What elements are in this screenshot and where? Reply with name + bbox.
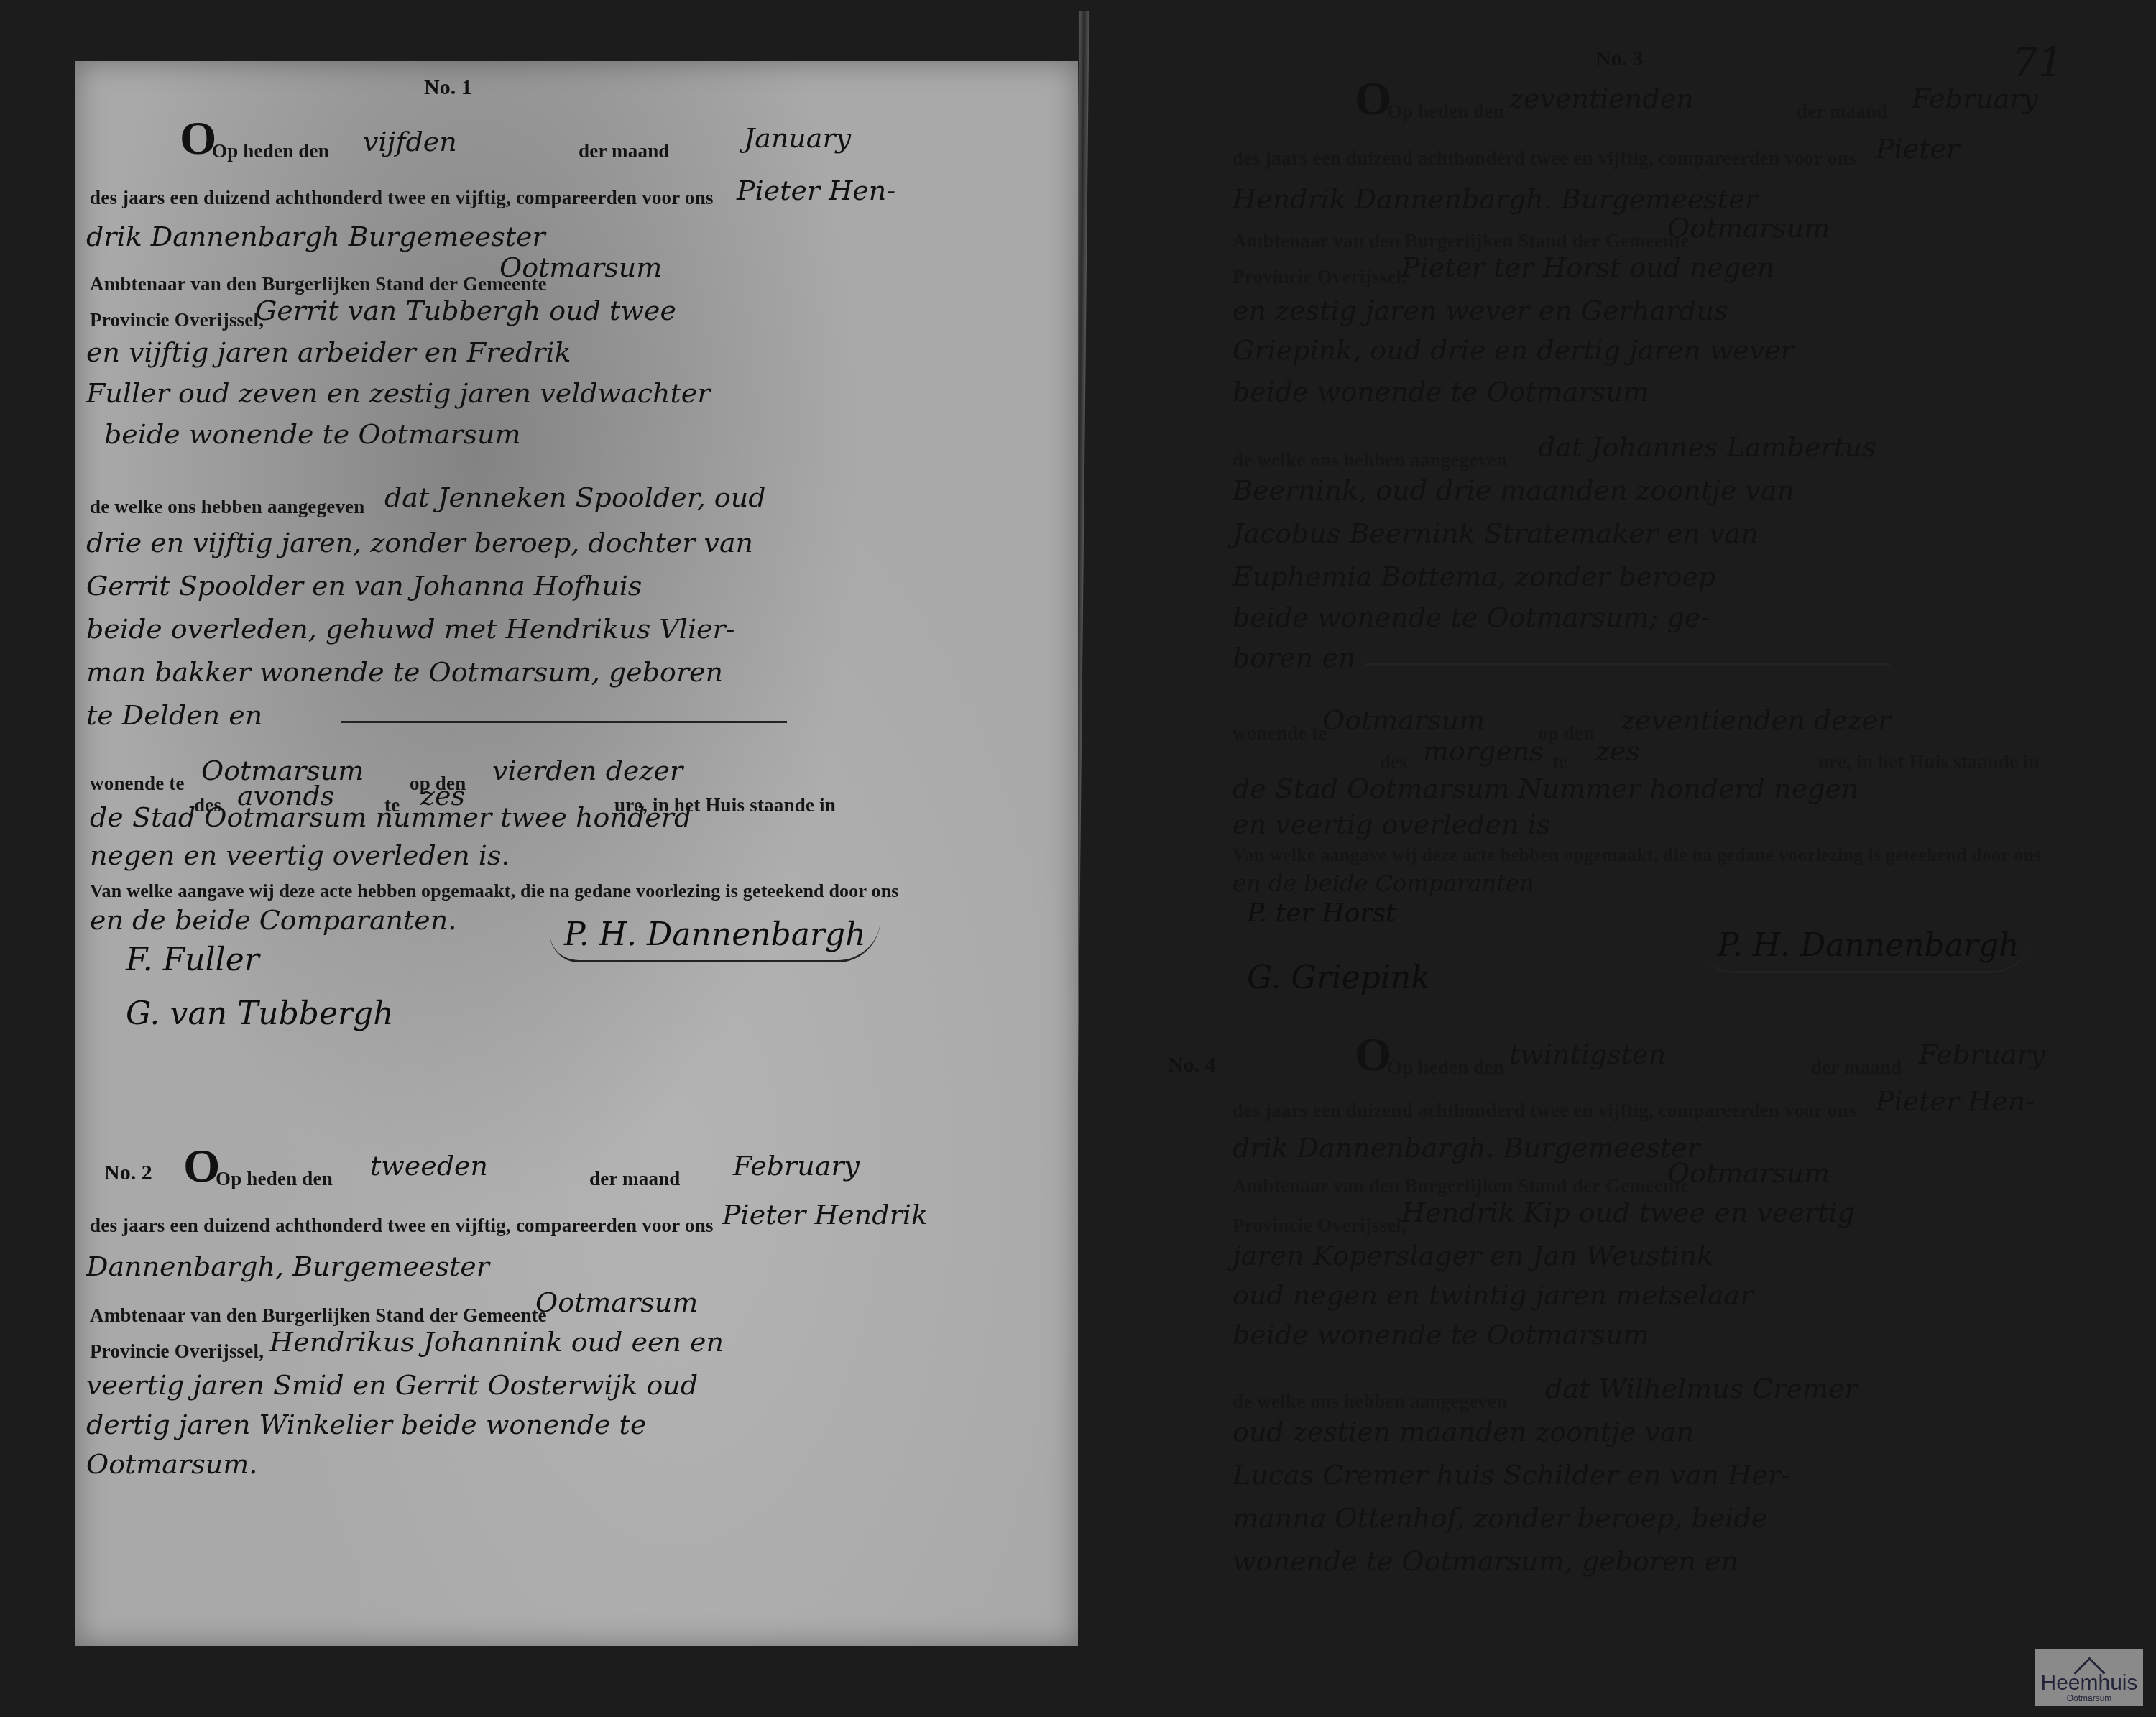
declaration-line: beide overleden, gehuwd met Hendrikus Vl…	[86, 613, 735, 645]
record-number: No. 1	[424, 75, 472, 100]
printed-te: te	[1552, 751, 1567, 773]
printed-des-jaars: des jaars een duizend achthonderd twee e…	[1233, 147, 1856, 170]
logo-place: Ootmarsum	[2035, 1694, 2143, 1703]
handwritten-day: zeventienden	[1509, 83, 1694, 114]
handwritten-official-2: drik Dannenbargh Burgemeester	[86, 221, 545, 252]
handwritten-official: Pieter Hen-	[737, 175, 895, 206]
comparant-line: Griepink, oud drie en dertig jaren wever	[1233, 334, 1794, 366]
comparant-line: en zestig jaren wever en Gerhardus	[1233, 295, 1728, 326]
declaration-line: Beernink, oud drie maanden zoontje van	[1233, 474, 1795, 506]
closing-line: en de beide Comparanten	[1233, 870, 1534, 897]
declaration-line: manna Ottenhof, zonder beroep, beide	[1233, 1502, 1767, 1534]
heemhuis-watermark-logo: Heemhuis Ootmarsum	[2035, 1649, 2143, 1706]
printed-ure: ure, in het Huis staande in	[1818, 751, 2040, 773]
printed-aangegeven: de welke ons hebben aangegeven	[90, 496, 365, 518]
fill-rule	[1365, 663, 1890, 666]
declaration-line: man bakker wonende te Ootmarsum, geboren	[86, 656, 723, 688]
declaration-line: Lucas Cremer huis Schilder en van Her-	[1233, 1459, 1790, 1491]
comparant-line: oud negen en twintig jaren metselaar	[1233, 1279, 1753, 1311]
declaration-line: dat Johannes Lambertus	[1538, 431, 1876, 463]
printed-der-maand: der maand	[1811, 1057, 1902, 1079]
declaration-line: boren en	[1233, 642, 1355, 673]
handwritten-day: twintigsten	[1509, 1039, 1666, 1070]
initial-letter: O	[1355, 1028, 1391, 1082]
printed-provincie: Provincie Overijssel,	[90, 309, 264, 331]
printed-te: te	[384, 794, 400, 816]
printed-op-den: op den	[1538, 722, 1594, 745]
declaration-line: oud zestien maanden zoontje van	[1233, 1416, 1694, 1447]
handwritten-death-day: vierden dezer	[492, 755, 683, 786]
declaration-line: wonende te Ootmarsum, geboren en	[1233, 1545, 1738, 1577]
printed-op-heden: Op heden den	[1387, 101, 1504, 123]
handwritten-official-2: drik Dannenbargh. Burgemeester	[1233, 1132, 1700, 1164]
record-1-continued: des avonds te zes ure, in het Huis staan…	[75, 794, 1078, 1039]
declaration-line: dat Wilhelmus Cremer	[1545, 1373, 1858, 1404]
comparant-line: Gerrit van Tubbergh oud twee	[255, 295, 676, 326]
left-page: No. 1 O Op heden den vijfden der maand J…	[75, 61, 1078, 1646]
fill-rule	[341, 721, 787, 723]
comparant-line: Hendrik Kip oud twee en veertig	[1401, 1197, 1855, 1228]
handwritten-month: February	[1919, 1039, 2045, 1070]
printed-wonende-te: wonende te	[90, 773, 185, 795]
printed-wonende-te: wonende te	[1233, 722, 1327, 745]
comparant-line: en vijftig jaren arbeider en Fredrik	[86, 336, 571, 368]
handwritten-month: January	[744, 122, 851, 154]
handwritten-official: Pieter	[1876, 133, 1959, 165]
signature-mayor: P. H. Dannenbargh	[1703, 927, 2034, 973]
comparant-line: jaren Koperslager en Jan Weustink	[1233, 1240, 1713, 1271]
handwritten-gemeente: Ootmarsum	[499, 252, 662, 283]
declaration-line: beide wonende te Ootmarsum; ge-	[1233, 602, 1710, 633]
record-number: No. 4	[1168, 1053, 1216, 1077]
record-1: No. 1 O Op heden den vijfden der maand J…	[75, 61, 1078, 823]
declaration-line: Euphemia Bottema, zonder beroep	[1233, 561, 1715, 592]
printed-ure: ure, in het Huis staande in	[614, 794, 836, 816]
declaration-line: Jacobus Beernink Stratemaker en van	[1233, 517, 1759, 549]
declaration-line: drie en vijftig jaren, zonder beroep, do…	[86, 527, 753, 558]
printed-op-heden: Op heden den	[1387, 1057, 1504, 1079]
declaration-line: dat Jenneken Spoolder, oud	[384, 482, 765, 513]
handwritten-time-of-day: morgens	[1423, 735, 1544, 767]
handwritten-gemeente: Ootmarsum	[1667, 1157, 1830, 1189]
printed-des-jaars: des jaars een duizend achthonderd twee e…	[90, 187, 714, 209]
declaration-line: te Delden en	[86, 699, 262, 731]
handwritten-month: February	[1912, 83, 2038, 114]
printed-des: des	[1380, 751, 1407, 773]
printed-des-jaars: des jaars een duizend achthonderd twee e…	[1233, 1100, 1856, 1122]
record-1-end	[75, 809, 1078, 809]
house-line: de Stad Ootmarsum Nummer honderd negen	[1233, 773, 1858, 804]
comparant-line: Fuller oud zeven en zestig jaren veldwac…	[86, 377, 710, 409]
signature-comparant: G. Griepink	[1247, 959, 1430, 996]
comparant-line: beide wonende te Ootmarsum	[1233, 376, 1649, 408]
handwritten-gemeente: Ootmarsum	[1667, 212, 1830, 244]
declaration-line: Gerrit Spoolder en van Johanna Hofhuis	[86, 570, 642, 602]
handwritten-death-day: zeventienden dezer	[1621, 704, 1891, 736]
printed-van-welke: Van welke aangave wij deze acte hebben o…	[1233, 844, 2042, 866]
printed-op-heden: Op heden den	[212, 140, 329, 162]
handwritten-official: Pieter Hen-	[1876, 1085, 2035, 1117]
printed-aangegeven: de welke ons hebben aangegeven	[1233, 1391, 1508, 1413]
printed-der-maand: der maand	[579, 140, 670, 162]
handwritten-hour: zes	[1595, 735, 1640, 767]
handwritten-residence: Ootmarsum	[1322, 704, 1485, 736]
printed-ambtenaar: Ambtenaar van den Burgerlijken Stand der…	[1233, 1175, 1690, 1197]
printed-der-maand: der maand	[1797, 101, 1888, 123]
printed-aangegeven: de welke ons hebben aangegeven	[1233, 449, 1508, 471]
printed-des: des	[194, 794, 221, 816]
initial-letter: O	[180, 111, 216, 166]
comparant-line: Pieter ter Horst oud negen	[1401, 252, 1774, 283]
printed-provincie: Provincie Overijssel,	[1233, 266, 1406, 288]
handwritten-hour: zes	[420, 780, 465, 811]
handwritten-official-2: Hendrik Dannenbargh. Burgemeester	[1233, 183, 1758, 215]
printed-ambtenaar: Ambtenaar van den Burgerlijken Stand der…	[90, 273, 547, 295]
signature-comparant: P. ter Horst	[1247, 898, 1396, 928]
printed-ambtenaar: Ambtenaar van den Burgerlijken Stand der…	[1233, 230, 1690, 252]
comparant-line: beide wonende te Ootmarsum	[1233, 1319, 1649, 1350]
comparant-line: beide wonende te Ootmarsum	[104, 418, 521, 450]
record-3: No. 3 O Op heden den zeventienden der ma…	[1092, 32, 2088, 823]
handwritten-time-of-day: avonds	[237, 780, 334, 811]
handwritten-day: vijfden	[363, 126, 457, 157]
printed-provincie: Provincie Overijssel,	[1233, 1215, 1406, 1237]
record-number: No. 3	[1595, 47, 1644, 71]
initial-letter: O	[1355, 72, 1391, 126]
